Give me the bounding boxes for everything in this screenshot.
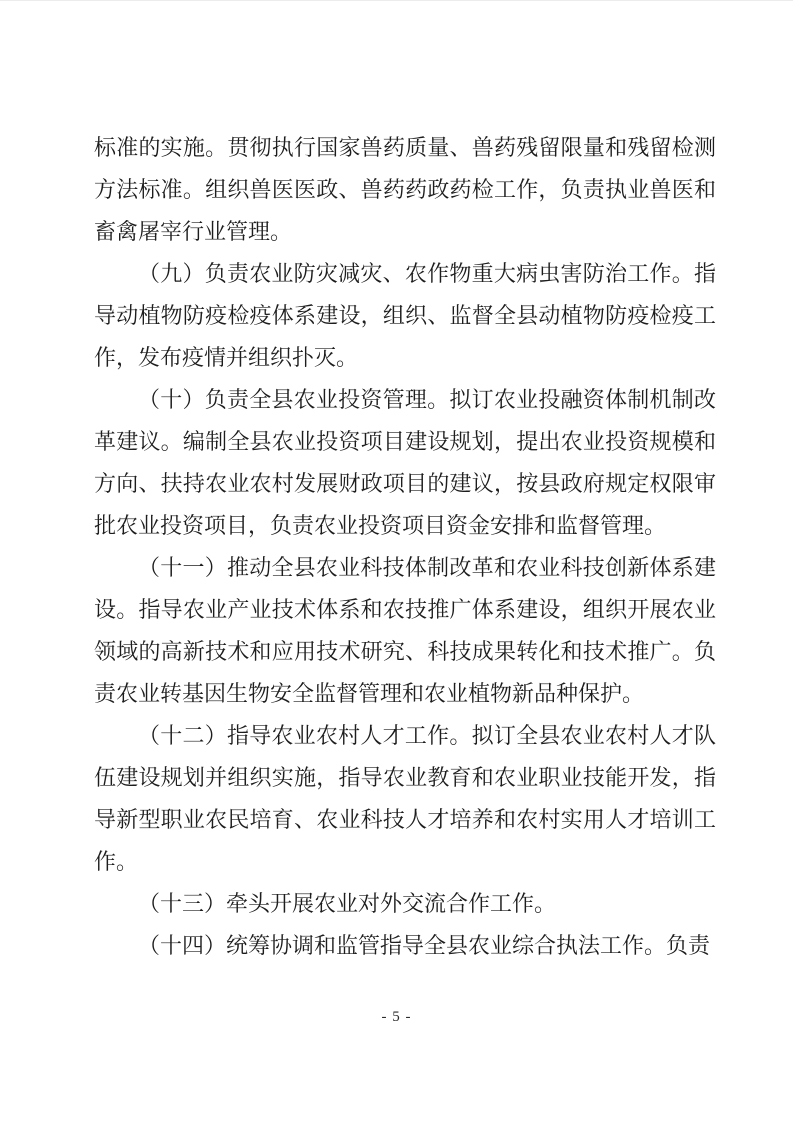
paragraph-item-14: （十四）统筹协调和监管指导全县农业综合执法工作。负责 bbox=[94, 925, 716, 967]
paragraph-item-11: （十一）推动全县农业科技体制改革和农业科技创新体系建设。指导农业产业技术体系和农… bbox=[94, 547, 716, 715]
page-top-edge-line bbox=[0, 0, 793, 1]
document-page: 标准的实施。贯彻执行国家兽药质量、兽药残留限量和残留检测方法标准。组织兽医医政、… bbox=[0, 0, 793, 1122]
document-body: 标准的实施。贯彻执行国家兽药质量、兽药残留限量和残留检测方法标准。组织兽医医政、… bbox=[94, 127, 716, 967]
paragraph-item-9: （九）负责农业防灾减灾、农作物重大病虫害防治工作。指导动植物防疫检疫体系建设，组… bbox=[94, 253, 716, 379]
page-number: - 5 - bbox=[382, 1009, 412, 1025]
paragraph-item-13: （十三）牵头开展农业对外交流合作工作。 bbox=[94, 883, 716, 925]
paragraph-item-10: （十）负责全县农业投资管理。拟订农业投融资体制机制改革建议。编制全县农业投资项目… bbox=[94, 379, 716, 547]
paragraph-item-12: （十二）指导农业农村人才工作。拟订全县农业农村人才队伍建设规划并组织实施，指导农… bbox=[94, 715, 716, 883]
page-footer: - 5 - bbox=[0, 1006, 793, 1028]
paragraph-continuation: 标准的实施。贯彻执行国家兽药质量、兽药残留限量和残留检测方法标准。组织兽医医政、… bbox=[94, 127, 716, 253]
